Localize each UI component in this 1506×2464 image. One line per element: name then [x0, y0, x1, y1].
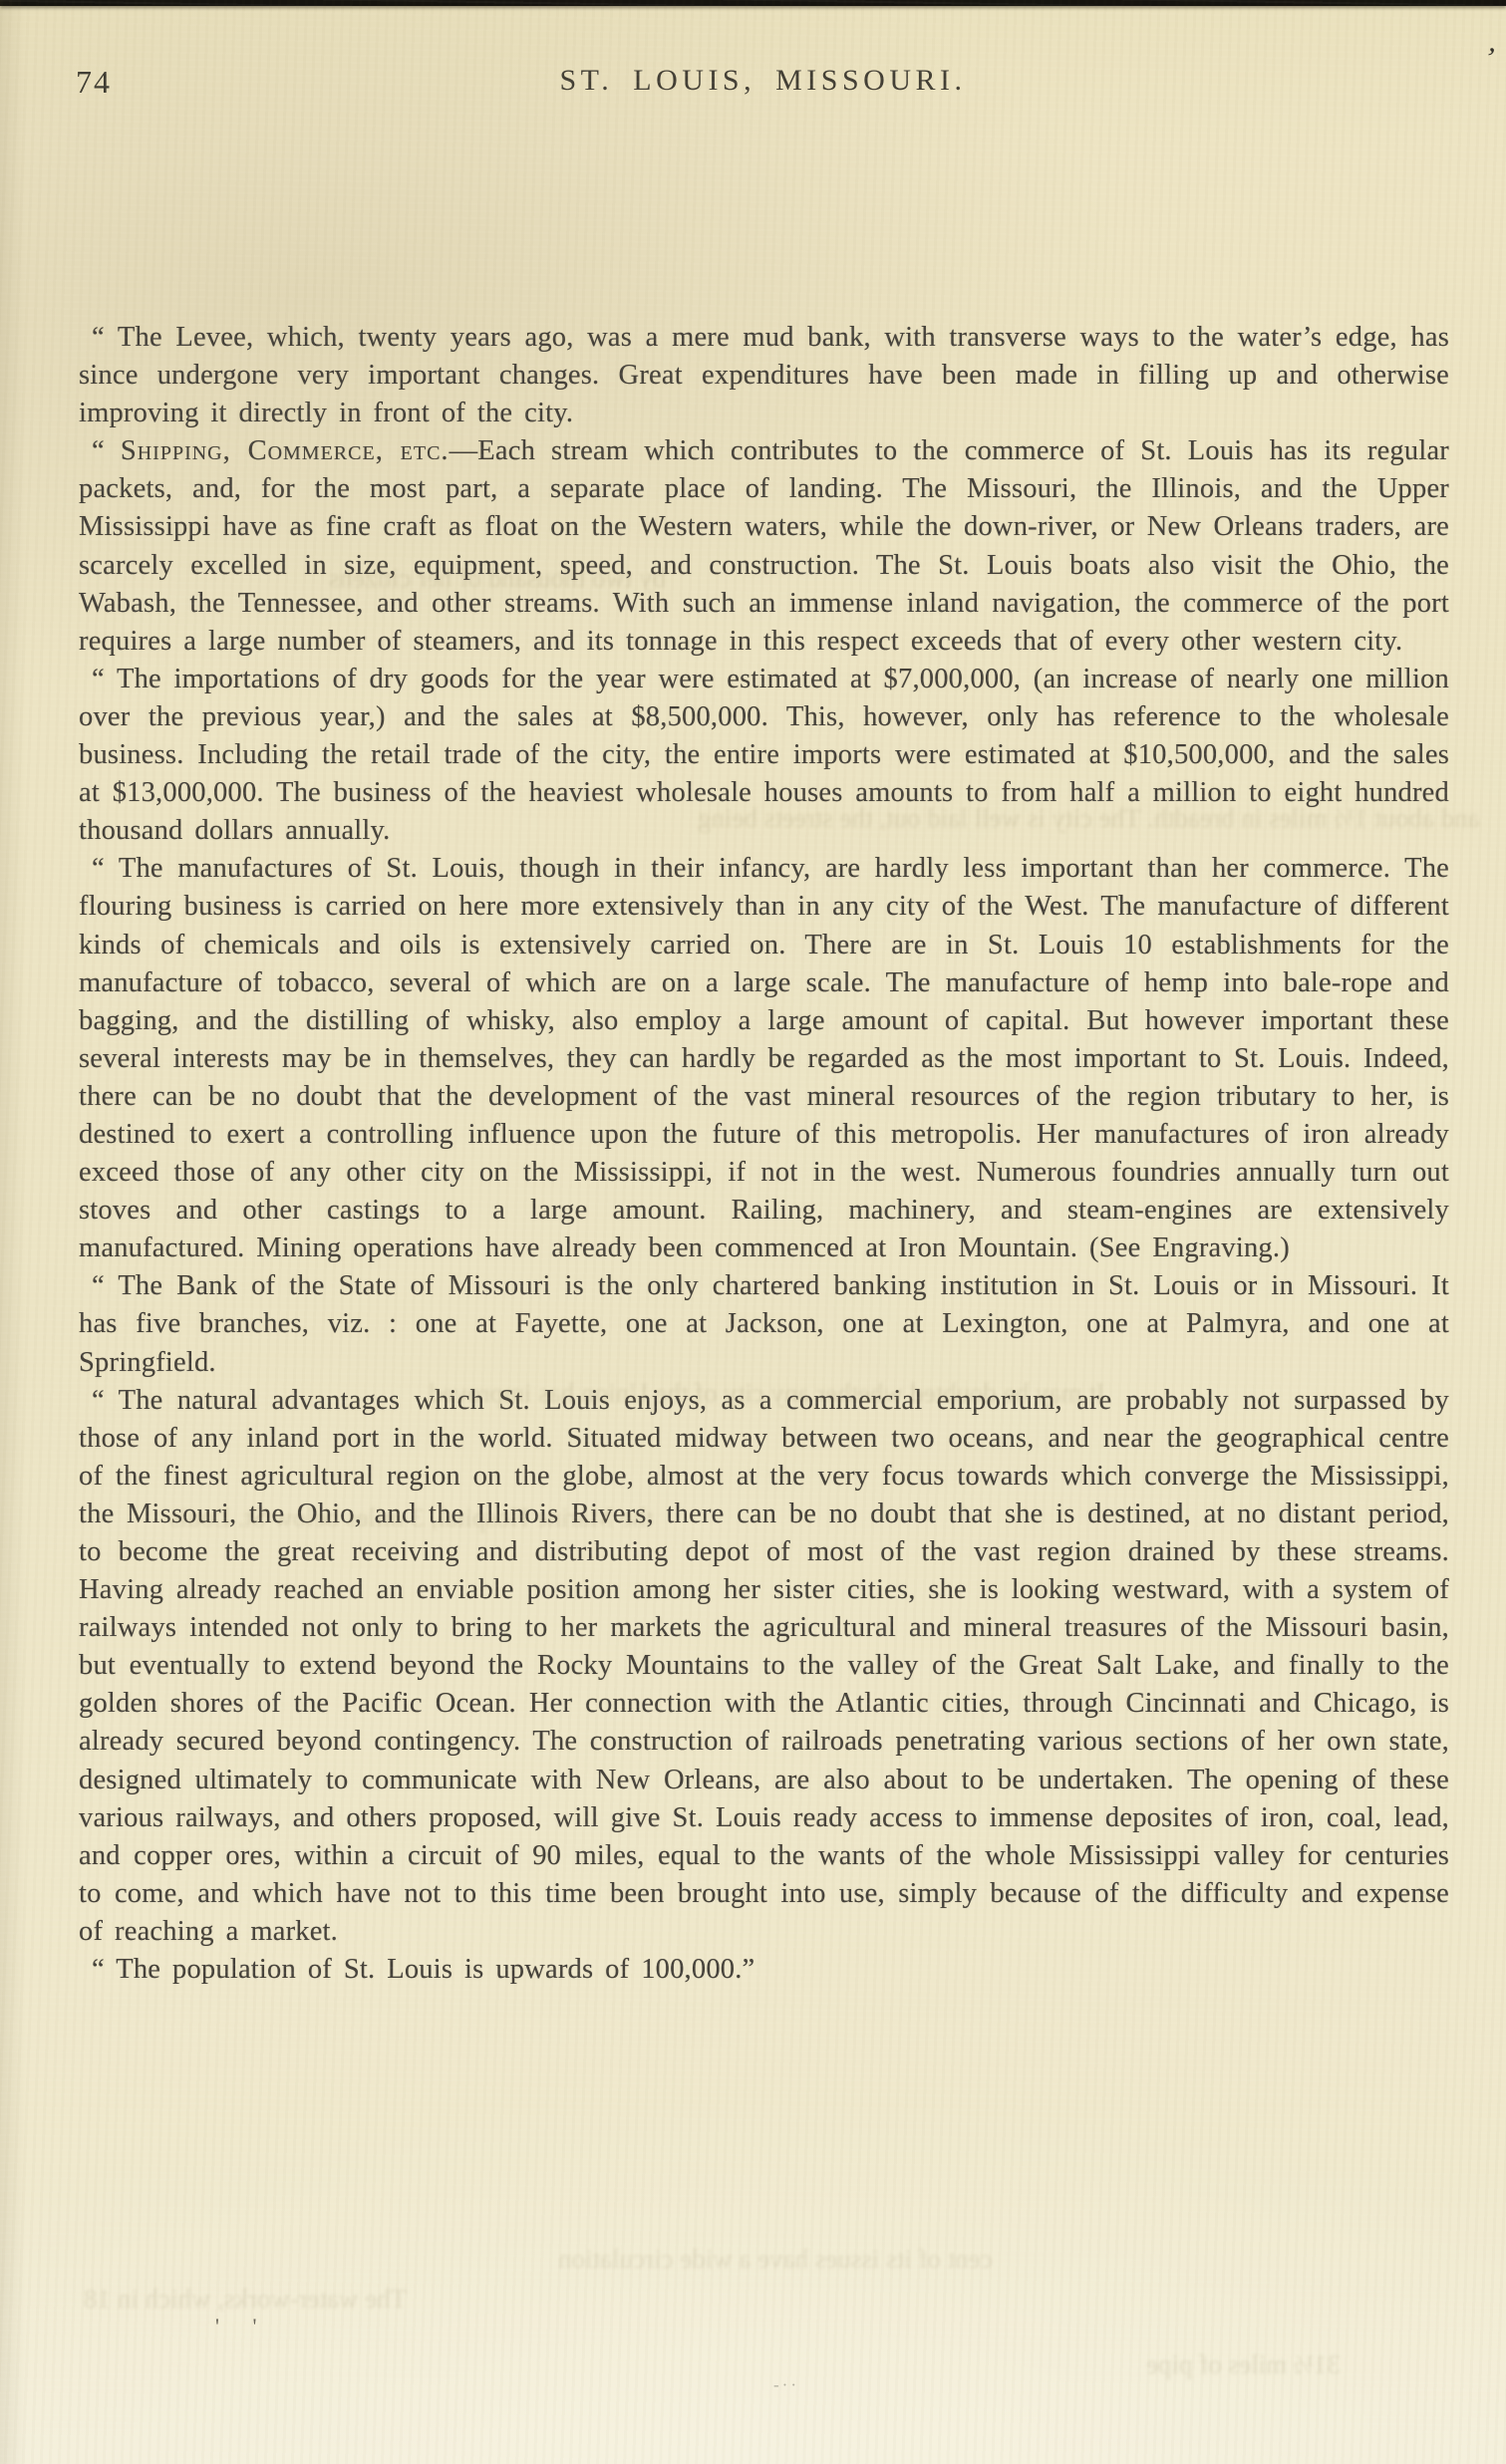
paragraph-natural-advantages: “ The natural advantages which St. Louis…: [79, 1382, 1449, 1951]
ink-speck-mark: -··: [773, 2375, 799, 2395]
ink-speck-mark: ’: [1482, 41, 1499, 76]
paragraph-text: The importations of dry goods for the ye…: [79, 664, 1449, 846]
paragraph-text: The natural advantages which St. Louis e…: [79, 1385, 1449, 1947]
open-quote: “: [92, 435, 121, 466]
body-text-block: “ The Levee, which, twenty years ago, wa…: [79, 319, 1449, 1989]
paragraph-manufactures: “ The manufactures of St. Louis, though …: [79, 850, 1449, 1267]
show-through-text: The water-works, which in 18: [84, 2284, 407, 2315]
show-through-text: 31½ miles of pipe: [1146, 2349, 1341, 2380]
paragraph-text: The population of St. Louis is upwards o…: [116, 1954, 754, 1985]
open-quote: “: [92, 664, 117, 694]
paragraph-text: The Bank of the State of Missouri is the…: [79, 1270, 1449, 1377]
paragraph-text: The manufactures of St. Louis, though in…: [79, 853, 1449, 1263]
scan-top-edge: [0, 0, 1506, 6]
paragraph-text: —Each stream which contributes to the co…: [79, 435, 1449, 656]
open-quote: “: [92, 322, 118, 353]
paragraph-text: The Levee, which, twenty years ago, was …: [79, 322, 1449, 428]
paragraph-shipping-commerce: “ Shipping, Commerce, etc.—Each stream w…: [79, 432, 1449, 661]
scanned-book-page: 74 ST. LOUIS, MISSOURI. “ The Levee, whi…: [0, 0, 1506, 2464]
open-quote: “: [92, 853, 119, 884]
paper-left-shading: [0, 0, 26, 2464]
paragraph-population: “ The population of St. Louis is upwards…: [79, 1951, 1449, 1989]
paragraph-levee: “ The Levee, which, twenty years ago, wa…: [79, 319, 1449, 432]
paragraph-lead: Shipping, Commerce, etc.: [121, 435, 450, 466]
paragraph-importations: “ The importations of dry goods for the …: [79, 661, 1449, 850]
show-through-text: cent of its issues have a wide circulati…: [558, 2244, 993, 2275]
running-header-title: ST. LOUIS, MISSOURI.: [80, 64, 1446, 98]
open-quote: “: [92, 1385, 119, 1416]
open-quote: “: [92, 1270, 118, 1301]
paragraph-bank: “ The Bank of the State of Missouri is t…: [79, 1267, 1449, 1381]
ink-speck-mark: ' ': [215, 2314, 270, 2339]
open-quote: “: [92, 1954, 116, 1985]
